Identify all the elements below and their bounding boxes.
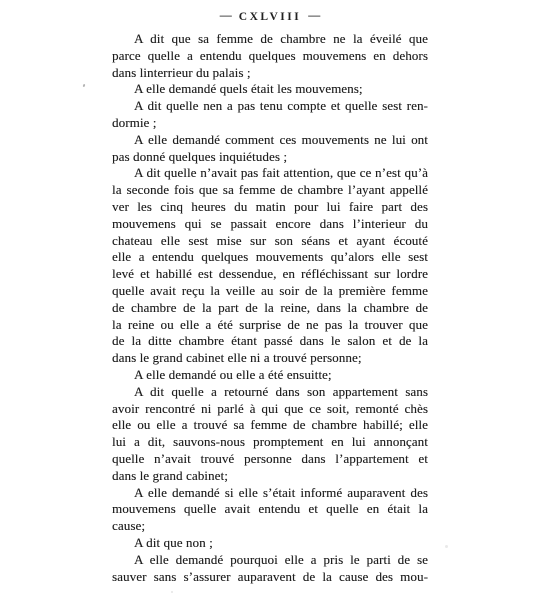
text-line: la seconde fois que sa femme de chambre … [112,182,428,199]
text-line: elle ou elle a trouvé sa femme de chambr… [112,417,428,434]
text-line: dormie ; [112,115,428,132]
text-line: la reine ou elle a été surprise de ne pa… [112,317,428,334]
text-line: de la ditte chambre étant passé dans le … [112,333,428,350]
header-dash-left: — [213,8,239,22]
text-line: elle a entendu quelques mouvements qu’al… [112,249,428,266]
text-line: mouvemens quelle avait entendu et quelle… [112,501,428,518]
header-dash-right: — [301,8,327,22]
text-line: dans le grand cabinet; [112,468,428,485]
text-line: cause; [112,518,428,535]
text-line: A dit quelle n’avait pas fait attention,… [112,165,428,182]
text-line: dans linterrieur du palais ; [112,65,428,82]
text-line: quelle avait reçu la veille au soir de l… [112,283,428,300]
text-line: ver les cinq heures du matin pour lui fa… [112,199,428,216]
page-number: CXLVIII [239,11,301,23]
text-line: lui a dit, sauvons-nous promptement en l… [112,434,428,451]
text-line: dans le grand cabinet elle ni a trouvé p… [112,350,428,367]
text-line: A elle demandé si elle s’était informé a… [112,485,428,502]
scan-speck [83,84,86,88]
text-line: A dit quelle a retourné dans son apparte… [112,384,428,401]
text-line: A dit que sa femme de chambre ne la évei… [112,31,428,48]
text-line: sauver sans s’assurer auparavent de la c… [112,569,428,586]
text-line: quelle n’avait trouvé personne dans l’ap… [112,451,428,468]
text-line: avoir rencontré ni parlé à qui que ce so… [112,401,428,418]
text-line: A elle demandé comment ces mouvements ne… [112,132,428,149]
text-line: A dit que non ; [112,535,428,552]
scan-speck [171,591,173,593]
text-line: chateau elle sest mise sur son séans et … [112,233,428,250]
text-line: A elle demandé pourquoi elle a pris le p… [112,552,428,569]
running-head: —CXLVIII— [0,9,540,24]
text-line: pas donné quelques inquiétudes ; [112,149,428,166]
text-line: de chambre de la part de la reine, dans … [112,300,428,317]
scan-speck [445,545,448,548]
text-line: mouvemens qui se passait encore dans l’i… [112,216,428,233]
text-block: A dit que sa femme de chambre ne la évei… [112,31,428,585]
text-line: levé et habillé est dessendue, en réfléc… [112,266,428,283]
text-line: A elle demandé quels était les mouvemens… [112,81,428,98]
text-line: A elle demandé ou elle a été ensuitte; [112,367,428,384]
text-line: parce quelle a entendu quelques mouvemen… [112,48,428,65]
text-line: A dit quelle nen a pas tenu compte et qu… [112,98,428,115]
